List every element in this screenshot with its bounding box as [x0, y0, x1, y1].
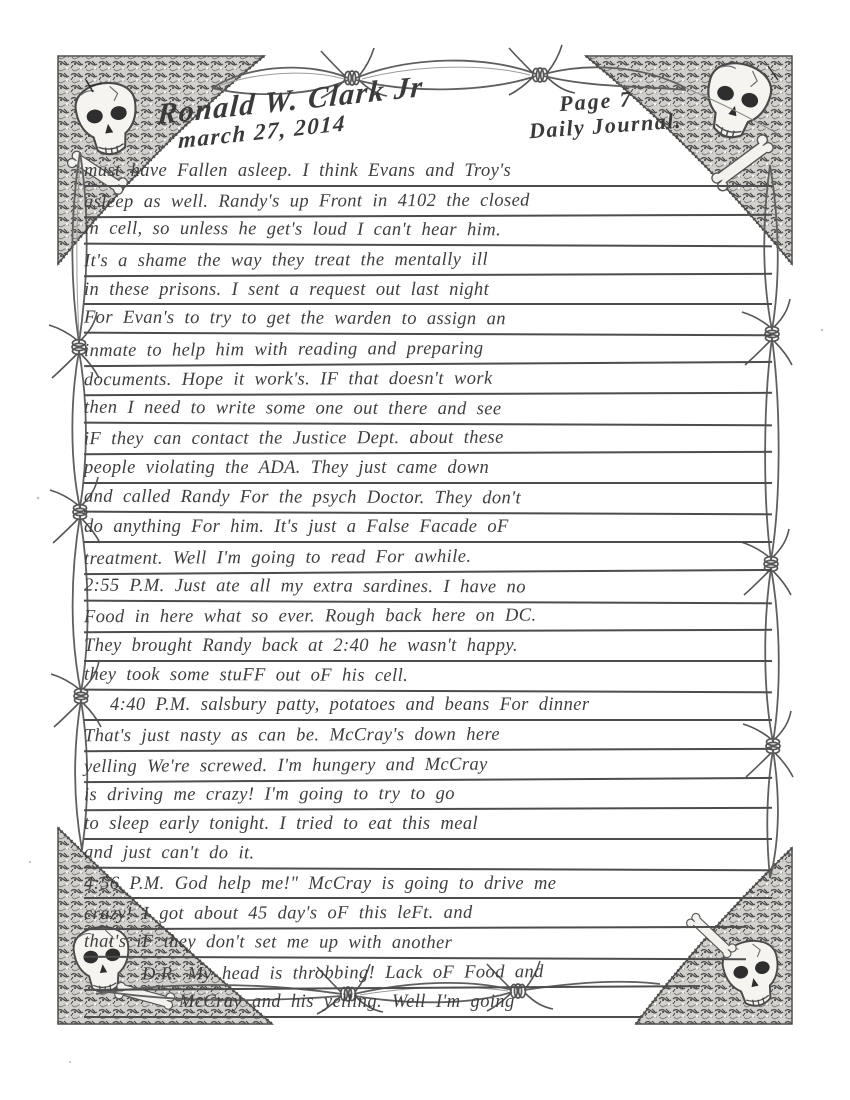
header-signature-block: Ronald W. Clark Jr march 27, 2014	[156, 70, 428, 156]
journal-line: and just can't do it.	[84, 838, 772, 870]
journal-line: Food in here what so ever. Rough back he…	[84, 601, 772, 633]
journal-line: and called Randy For the psych Doctor. T…	[84, 482, 772, 514]
journal-line: in these prisons. I sent a request out l…	[84, 276, 772, 306]
journal-text: must have Fallen asleep. I think Evans a…	[84, 157, 772, 1018]
journal-line: For Evan's to try to get the warden to a…	[84, 304, 772, 336]
journal-page: Ronald W. Clark Jr march 27, 2014 Page 7…	[0, 0, 850, 1100]
journal-line: iF they can contact the Justice Dept. ab…	[84, 423, 772, 455]
journal-title: Daily Journal.	[528, 108, 682, 145]
journal-line: inmate to help him with reading and prep…	[84, 333, 772, 367]
journal-line: then I need to write some one out there …	[84, 393, 772, 425]
journal-line: that's iF they don't set me up with anot…	[84, 928, 746, 960]
journal-line: asleep as well. Randy's up Front in 4102…	[84, 185, 772, 217]
journal-line: McCray and his yelling. Well I'm going	[84, 988, 642, 1018]
journal-line: crazy! I got about 45 day's oF this leFt…	[84, 898, 746, 930]
journal-line: 4:56 P.M. God help me!" McCray is going …	[84, 870, 772, 900]
journal-line: treatment. Well I'm going to read For aw…	[84, 541, 772, 575]
journal-line: It's a shame the way they treat the ment…	[84, 245, 772, 277]
journal-line: is driving me crazy! I'm going to try to…	[84, 779, 772, 811]
journal-line: must have Fallen asleep. I think Evans a…	[84, 157, 772, 187]
journal-line: 4:40 P.M. salsbury patty, potatoes and b…	[84, 691, 772, 721]
journal-line: yelling We're screwed. I'm hungery and M…	[84, 749, 772, 783]
journal-line: to sleep early tonight. I tried to eat t…	[84, 810, 772, 840]
journal-line: They brought Randy back at 2:40 he wasn'…	[84, 632, 772, 662]
journal-line: That's just nasty as can be. McCray's do…	[84, 720, 772, 752]
journal-line: they took some stuFF out oF his cell.	[84, 660, 772, 692]
journal-line: D.R. My head is throbbing! Lack oF Food …	[84, 957, 700, 990]
journal-line: documents. Hope it work's. IF that doesn…	[84, 364, 772, 396]
journal-line: 2:55 P.M. Just ate all my extra sardines…	[84, 571, 772, 603]
journal-line: do anything For him. It's just a False F…	[84, 513, 772, 543]
journal-line: people violating the ADA. They just came…	[84, 454, 772, 484]
header-page-block: Page 7 Daily Journal.	[526, 83, 682, 145]
journal-line: in cell, so unless he get's loud I can't…	[84, 215, 772, 247]
